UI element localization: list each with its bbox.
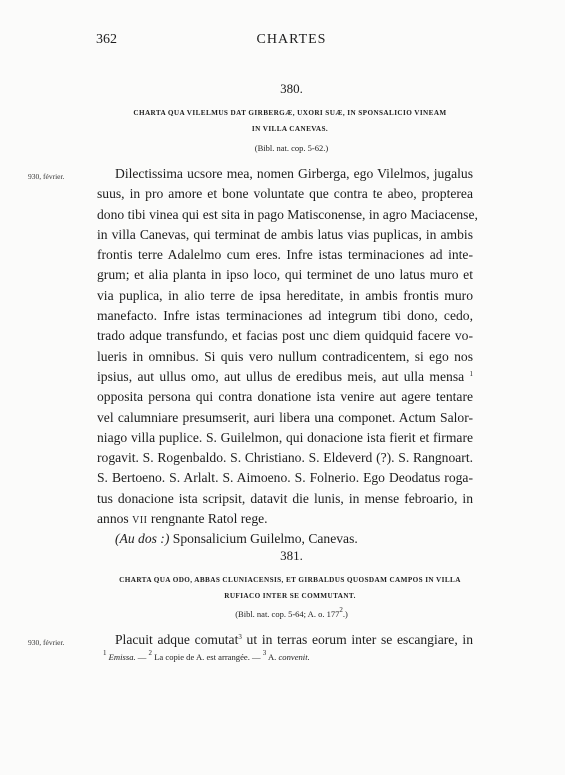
charter-body: Placuit adque comutat3 ut in terras eoru… — [97, 630, 473, 650]
footnote-number: 2 — [149, 649, 153, 657]
footnote-number: 3 — [263, 649, 267, 657]
charter-title-line: IN VILLA CANEVAS. — [100, 121, 480, 137]
text: .) — [343, 609, 348, 619]
charter-number: 380. — [0, 81, 565, 97]
charter-source: (Bibl. nat. cop. 5-64; A. o. 1772.) — [0, 609, 565, 619]
regnal-year: VII — [132, 515, 147, 526]
margin-date: 930, février. — [28, 172, 64, 181]
charter-number: 381. — [0, 548, 565, 564]
charter-title-line: CHARTA QUA ODO, ABBAS CLUNIACENSIS, ET G… — [100, 572, 480, 588]
running-head: 362 CHARTES — [0, 32, 565, 52]
charter-title-line: CHARTA QUA VILELMUS DAT GIRBERGÆ, UXORI … — [100, 105, 480, 121]
body-line: grum; et alia planta in ipso loco, qui t… — [97, 265, 473, 285]
body-line: in villa Canevas, qui terminat de ambis … — [97, 225, 473, 245]
body-line-text: ipsius, aut ullus omo, aut ullus de ered… — [97, 369, 464, 384]
footnote-text: La copie de A. est arrangée. — [154, 652, 250, 662]
footnotes: 1 Emissa. — 2 La copie de A. est arrangé… — [103, 652, 310, 662]
text: Placuit adque comutat — [115, 632, 238, 647]
text: (Bibl. nat. cop. 5-64; A. o. 177 — [235, 609, 339, 619]
body-line: dono tibi vinea qui est sita in pago Mat… — [97, 205, 473, 225]
body-line: Placuit adque comutat3 ut in terras eoru… — [97, 630, 473, 650]
charter-body: Dilectissima ucsore mea, nomen Girberga,… — [97, 164, 473, 550]
footnote-text: Emissa. — [109, 652, 136, 662]
footnote-number: 1 — [103, 649, 107, 657]
body-line: rogavit. S. Rogenbaldo. S. Christiano. S… — [97, 448, 473, 468]
footnote-ref: 1 — [470, 370, 474, 378]
body-line: suus, in pro amore et bone voluntate que… — [97, 184, 473, 204]
body-line: trado adque transfundo, et facias post u… — [97, 326, 473, 346]
endorsement-text: Sponsalicium Guilelmo, Canevas. — [169, 531, 357, 546]
body-line-with-note: ipsius, aut ullus omo, aut ullus de ered… — [97, 367, 473, 387]
body-line: frontis terre Adalelmo cum eres. Infre i… — [97, 245, 473, 265]
footnote-text: convenit. — [278, 652, 309, 662]
body-line: Dilectissima ucsore mea, nomen Girberga,… — [97, 164, 473, 184]
body-line: S. Bertoeno. S. Arlalt. S. Aimoeno. S. F… — [97, 468, 473, 488]
document-page: 362 CHARTES 380. CHARTA QUA VILELMUS DAT… — [0, 0, 565, 775]
body-line: niago villa puplice. S. Guilelmon, qui d… — [97, 428, 473, 448]
footnote-prefix: A. — [268, 652, 279, 662]
charter-title: CHARTA QUA VILELMUS DAT GIRBERGÆ, UXORI … — [100, 105, 480, 137]
endorsement: (Au dos :) Sponsalicium Guilelmo, Caneva… — [97, 529, 473, 549]
charter-title-line: RUFIACO INTER SE COMMUTANT. — [100, 588, 480, 604]
body-line: opposita persona qui contra donatione is… — [97, 387, 473, 407]
body-line: vel calumniare presumserit, auri libera … — [97, 408, 473, 428]
text: ut in terras eorum inter se escangiare, … — [242, 632, 473, 647]
text: rengnante Ratol rege. — [148, 511, 268, 526]
body-line: lueris in omnibus. Si quis vero nullum c… — [97, 347, 473, 367]
body-line: annos VII rengnante Ratol rege. — [97, 509, 473, 529]
separator: — — [250, 652, 263, 662]
body-line: manefacto. Infre istas terminaciones ad … — [97, 306, 473, 326]
text: annos — [97, 511, 132, 526]
endorsement-label: (Au dos :) — [115, 531, 169, 546]
running-title: CHARTES — [0, 32, 565, 48]
margin-date: 930, février. — [28, 638, 64, 647]
body-line: via puplica, in alio terre de ipsa hered… — [97, 286, 473, 306]
charter-source: (Bibl. nat. cop. 5-62.) — [0, 143, 565, 153]
separator: — — [136, 652, 149, 662]
charter-title: CHARTA QUA ODO, ABBAS CLUNIACENSIS, ET G… — [100, 572, 480, 604]
body-line: tus donacione ista scripsit, datavit die… — [97, 489, 473, 509]
